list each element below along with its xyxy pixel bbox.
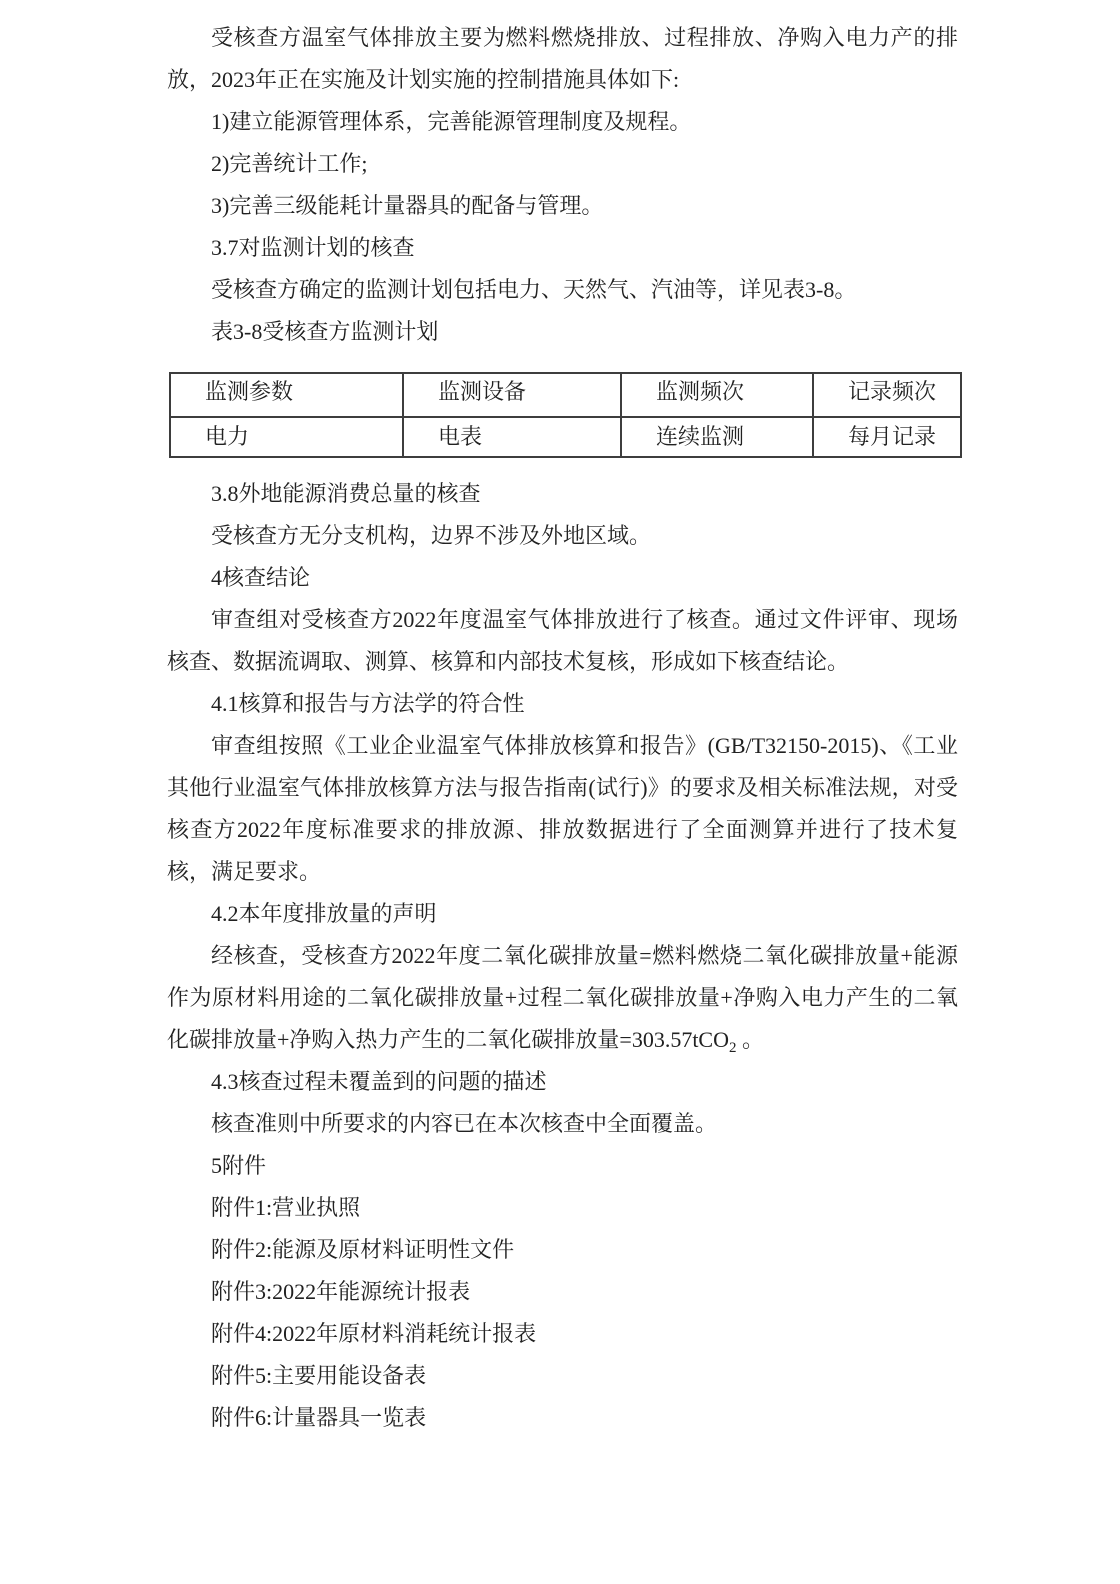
measure-item-2: 2)完善统计工作; — [167, 143, 958, 185]
measure-item-1: 1)建立能源管理体系，完善能源管理制度及规程。 — [167, 101, 958, 143]
attachment-item-5: 附件5:主要用能设备表 — [167, 1355, 958, 1397]
table-row: 电力 电表 连续监测 每月记录 — [170, 417, 961, 457]
document-page: 受核查方温室气体排放主要为燃料燃烧排放、过程排放、净购入电力产的排放，2023年… — [0, 0, 1120, 1584]
table-caption: 表3-8受核查方监测计划 — [167, 311, 958, 353]
paragraph-ghg-overview: 受核查方温室气体排放主要为燃料燃烧排放、过程排放、净购入电力产的排放，2023年… — [167, 17, 958, 101]
table-cell-frequency: 连续监测 — [621, 417, 813, 457]
measure-item-3: 3)完善三级能耗计量器具的配备与管理。 — [167, 185, 958, 227]
document-content: 受核查方温室气体排放主要为燃料燃烧排放、过程排放、净购入电力产的排放，2023年… — [167, 0, 958, 1439]
section-heading-5: 5附件 — [167, 1145, 958, 1187]
attachment-item-2: 附件2:能源及原材料证明性文件 — [167, 1229, 958, 1271]
section-heading-4: 4核查结论 — [167, 557, 958, 599]
section-heading-3-7: 3.7对监测计划的核查 — [167, 227, 958, 269]
table-header-row: 监测参数 监测设备 监测频次 记录频次 — [170, 373, 961, 417]
section-heading-3-8: 3.8外地能源消费总量的核查 — [167, 473, 958, 515]
table-header-cell-device: 监测设备 — [403, 373, 621, 417]
paragraph-no-branch: 受核查方无分支机构，边界不涉及外地区域。 — [167, 515, 958, 557]
attachment-item-1: 附件1:营业执照 — [167, 1187, 958, 1229]
table-cell-parameter: 电力 — [170, 417, 403, 457]
table-cell-device: 电表 — [403, 417, 621, 457]
table-header-cell-record: 记录频次 — [813, 373, 961, 417]
attachment-item-3: 附件3:2022年能源统计报表 — [167, 1271, 958, 1313]
table-header-cell-parameter: 监测参数 — [170, 373, 403, 417]
section-heading-4-2: 4.2本年度排放量的声明 — [167, 893, 958, 935]
paragraph-emission-statement: 经核查，受核查方2022年度二氧化碳排放量=燃料燃烧二氧化碳排放量+能源作为原材… — [167, 935, 958, 1061]
emission-statement-tail: 。 — [737, 1027, 765, 1052]
section-heading-4-3: 4.3核查过程未覆盖到的问题的描述 — [167, 1061, 958, 1103]
paragraph-coverage: 核查准则中所要求的内容已在本次核查中全面覆盖。 — [167, 1103, 958, 1145]
paragraph-methodology: 审查组按照《工业企业温室气体排放核算和报告》(GB/T32150-2015)、《… — [167, 725, 958, 893]
table-header-cell-frequency: 监测频次 — [621, 373, 813, 417]
attachment-item-6: 附件6:计量器具一览表 — [167, 1397, 958, 1439]
co2-subscript: 2 — [729, 1040, 737, 1056]
section-heading-4-1: 4.1核算和报告与方法学的符合性 — [167, 683, 958, 725]
paragraph-monitoring-plan: 受核查方确定的监测计划包括电力、天然气、汽油等，详见表3-8。 — [167, 269, 958, 311]
paragraph-conclusion: 审查组对受核查方2022年度温室气体排放进行了核查。通过文件评审、现场核查、数据… — [167, 599, 958, 683]
table-cell-record: 每月记录 — [813, 417, 961, 457]
attachment-item-4: 附件4:2022年原材料消耗统计报表 — [167, 1313, 958, 1355]
monitoring-plan-table: 监测参数 监测设备 监测频次 记录频次 电力 电表 连续监测 每月记录 — [169, 372, 962, 458]
emission-statement-text: 经核查，受核查方2022年度二氧化碳排放量=燃料燃烧二氧化碳排放量+能源作为原材… — [167, 943, 958, 1052]
